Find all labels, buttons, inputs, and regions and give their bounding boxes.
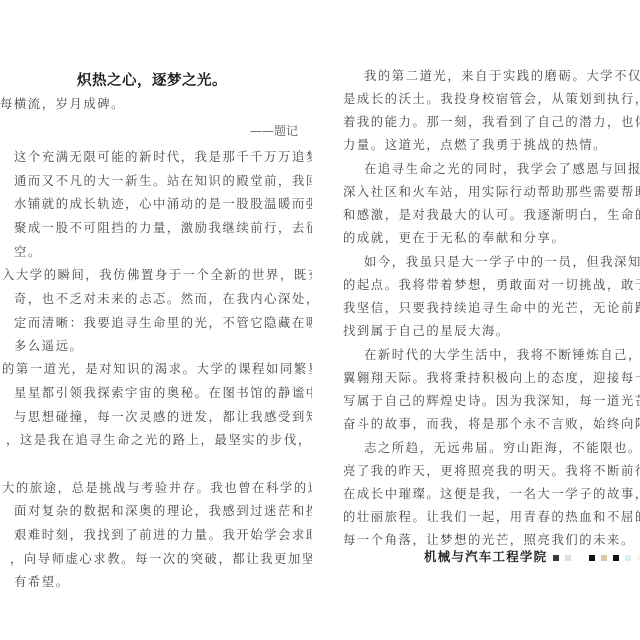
text-line: 深入社区和火车站，用实际行动帮助那些需要帮助的人。他们的 xyxy=(343,185,640,199)
text-line: 的壮丽旅程。让我们一起，用青春的热血和不屈的意志，点亮生 xyxy=(343,510,640,524)
text-line: 和感激，是对我最大的认可。我逐渐明白，生命的价值不仅在于 xyxy=(343,208,640,222)
text-line: 水铺就的成长轨迹，心中涌动的是一股股温暖而强烈的光芒， xyxy=(14,197,312,211)
text-line: 如今，我虽只是大一学子中的一员，但我深知，这只是漫长 xyxy=(364,255,640,269)
text-line: ，向导师虚心求教。每一次的突破，都让我更加坚信，只要有 xyxy=(10,552,312,566)
color-square xyxy=(625,555,631,561)
text-line: 定而清晰：我要追寻生命里的光，不管它隐藏在哪个角落，不 xyxy=(14,316,312,330)
text-line: 写属于自己的辉煌史诗。因为我深知，每一道光芒背后，都有着 xyxy=(343,394,640,408)
text-line: 有希望。 xyxy=(14,575,70,589)
epigraph: 每横流，岁月成碑。 xyxy=(0,97,125,111)
text-line: 找到属于自己的星辰大海。 xyxy=(343,324,510,338)
college-name: 机械与汽车工程学院 xyxy=(424,547,547,565)
text-line: 面对复杂的数据和深奥的理论，我感到过迷茫和挫败。但正是 xyxy=(14,504,312,518)
text-line: 我坚信，只要我持续追寻生命中的光芒，无论前路如何坎坷，我 xyxy=(343,301,640,315)
text-line: 是成长的沃土。我投身校宿管会，从策划到执行，每一个环节都 xyxy=(343,92,640,106)
text-line: ，这是我在追寻生命之光的路上，最坚实的步伐，最原始的动 xyxy=(6,433,312,447)
text-line: 通而又不凡的大一新生。站在知识的殿堂前，我回望那条由汗 xyxy=(14,174,312,188)
text-line: 多么遥远。 xyxy=(14,339,84,353)
text-line: 星星都引领我探索宇宙的奥秘。在图书馆的静谧中，我与书本 xyxy=(14,386,312,400)
text-line: 的起点。我将带着梦想，勇敢面对一切挑战，敢于想象，勇于 xyxy=(343,278,640,292)
text-line: 着我的能力。那一刻，我看到了自己的潜力，也体会到了团队的 xyxy=(343,115,640,129)
color-square xyxy=(589,555,595,561)
text-line: 在新时代的大学生活中，我将不断锤炼自己，以知识和实践 xyxy=(364,348,640,362)
color-squares xyxy=(547,549,640,564)
text-line: 大的旅途，总是挑战与考验并存。我也曾在科学的迷雾中迷失 xyxy=(2,481,312,495)
text-line: 入大学的瞬间，我仿佛置身于一个全新的世界，既充满了对未 xyxy=(2,268,312,282)
text-line: 在成长中璀璨。这便是我，一名大一学子的故事，一段关于追 xyxy=(343,487,640,501)
left-page: 炽热之心，逐梦之光。 每横流，岁月成碑。 ——题记 这个充满无限可能的新时代，我… xyxy=(0,0,312,640)
text-line: 力量。这道光，点燃了我勇于挑战的热情。 xyxy=(343,138,607,152)
essay-title: 炽热之心，逐梦之光。 xyxy=(77,69,227,90)
text-line: 与思想碰撞，每一次灵感的迸发，都让我感受到知识的魅力。 xyxy=(14,410,312,424)
color-square xyxy=(565,555,571,561)
text-line: 每一个角落，让梦想的光芒，照亮我们的未来。 xyxy=(343,533,635,547)
color-square xyxy=(553,555,559,561)
color-square xyxy=(613,555,619,561)
text-line: 艰难时刻，我找到了前进的力量。我开始学会求助，与同伴携 xyxy=(14,528,312,542)
text-line: 亮了我的昨天，更将照亮我的明天。我将不断前行，在追寻中 xyxy=(343,464,640,478)
color-square xyxy=(577,555,583,561)
text-line: 聚成一股不可阻挡的力量，激励我继续前行，去征服那片属于 xyxy=(14,221,312,235)
footer-college: 机械与汽车工程学院 xyxy=(424,547,640,565)
text-line: 这个充满无限可能的新时代，我是那千千万万追梦人中的一员， xyxy=(14,150,312,164)
text-line: 的第一道光，是对知识的渴求。大学的课程如同繁星般璀璨， xyxy=(2,362,312,376)
text-line: 翼翱翔天际。我将秉持积极向上的态度，迎接每一个挑战，用行 xyxy=(343,371,640,385)
text-line: 在追寻生命之光的同时，我学会了感恩与回报。我投身志愿 xyxy=(364,162,640,176)
text-line: 奋斗的故事，而我，将是那个永不言败，始终向阳的追光者。 xyxy=(343,417,640,431)
text-line: 空。 xyxy=(14,245,42,259)
right-page: 我的第二道光，来自于实践的磨砺。大学不仅是知识的海洋是成长的沃土。我投身校宿管会… xyxy=(332,0,640,640)
text-line: 奇，也不乏对未来的忐忑。然而，在我内心深处，有一个声音 xyxy=(14,292,312,306)
text-line: 志之所趋，无远弗届。穷山距海，不能限也。生命之光，不 xyxy=(364,441,640,455)
color-square xyxy=(601,555,607,561)
text-line: 我的第二道光，来自于实践的磨砺。大学不仅是知识的海洋 xyxy=(364,69,640,83)
text-line: 的成就，更在于无私的奉献和分享。 xyxy=(343,231,565,245)
epigraph-signature: ——题记 xyxy=(250,122,298,139)
